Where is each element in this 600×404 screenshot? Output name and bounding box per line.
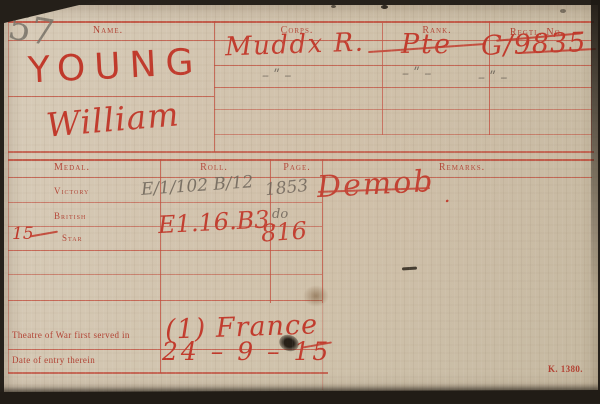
rank-value-handwriting: Pte bbox=[401, 31, 452, 58]
medal-index-card: Name. Corps. Rank. Regtl. No. Medal. Rol… bbox=[4, 5, 598, 392]
rule-medal-row-4 bbox=[8, 274, 322, 275]
edge-speck-3 bbox=[560, 9, 566, 13]
column-divider-name-corps bbox=[214, 21, 215, 152]
rule-name-cell bbox=[8, 96, 214, 97]
date-of-entry-value: 24 – 9 – 15 bbox=[162, 339, 331, 364]
page-value-victory: 1853 bbox=[264, 178, 309, 199]
edge-speck-1 bbox=[381, 5, 388, 9]
rule-corps-row-2 bbox=[214, 87, 592, 88]
remarks-value-handwriting: Demob bbox=[316, 167, 435, 203]
corps-value-handwriting: Muddx R. bbox=[225, 30, 365, 61]
surname-handwriting: Young bbox=[27, 44, 203, 89]
medal-name-british: British bbox=[54, 211, 86, 221]
page-value-star: 816 bbox=[260, 218, 307, 245]
roll-column-header: Roll. bbox=[172, 162, 256, 173]
rule-date-underline bbox=[8, 372, 328, 374]
forename-handwriting: William bbox=[45, 97, 181, 142]
rule-corps-row-4 bbox=[214, 134, 592, 135]
ditto-mark-corps: – ʺ – bbox=[262, 69, 291, 83]
remarks-period: . bbox=[444, 185, 450, 205]
rule-left-border bbox=[8, 21, 9, 373]
rule-top-section-bottom bbox=[8, 151, 594, 153]
ink-dash-mark bbox=[402, 266, 417, 270]
medal-name-star: Star bbox=[62, 233, 83, 243]
bottom-edge-shadow bbox=[0, 390, 600, 404]
edge-speck-2 bbox=[331, 5, 336, 8]
brown-stain bbox=[303, 285, 329, 307]
form-number: K. 1380. bbox=[548, 364, 583, 374]
rule-medal-row-victory bbox=[8, 202, 322, 203]
rule-medal-row-5 bbox=[8, 300, 322, 301]
medal-column-header: Medal. bbox=[30, 162, 114, 173]
medal-name-victory: Victory bbox=[54, 186, 89, 196]
name-column-header: Name. bbox=[66, 25, 150, 36]
column-divider-corps-rank bbox=[382, 21, 383, 135]
theatre-of-war-label: Theatre of War first served in bbox=[12, 330, 130, 340]
right-edge-shadow bbox=[591, 0, 600, 300]
rule-top-border bbox=[8, 21, 594, 23]
date-of-entry-label: Date of entry therein bbox=[12, 355, 95, 365]
ditto-mark-rank: – ʺ – bbox=[402, 67, 431, 81]
star-prefix-stroke bbox=[30, 231, 58, 238]
roll-value-victory: E/1/102 B/12 bbox=[141, 174, 254, 199]
rule-corps-row-3 bbox=[214, 109, 592, 110]
photograph-background: Name. Corps. Rank. Regtl. No. Medal. Rol… bbox=[0, 0, 600, 404]
rule-medal-row-star bbox=[8, 250, 322, 251]
ditto-mark-regtl-no: – ʺ – bbox=[478, 71, 507, 85]
